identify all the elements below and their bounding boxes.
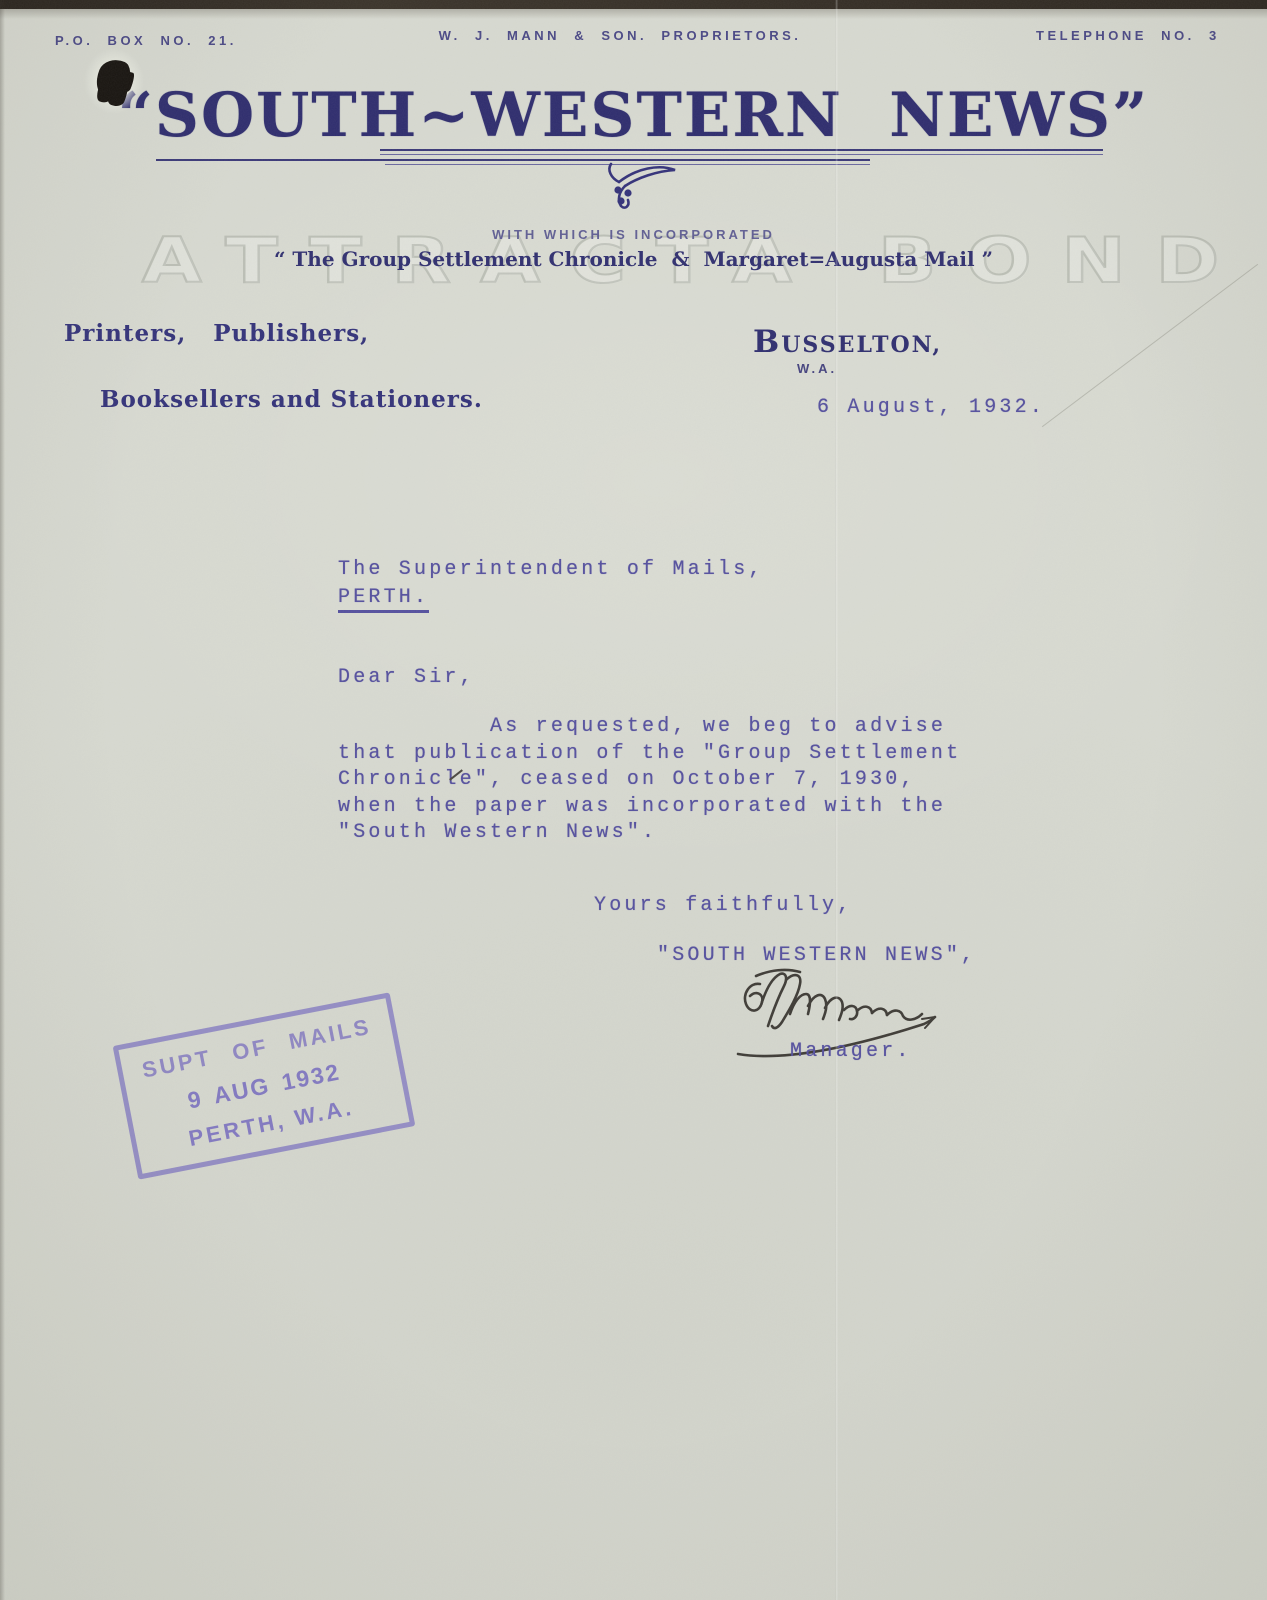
masthead-title: “SOUTH~WESTERN NEWS” [0,80,1267,151]
incorporated-title: “ The Group Settlement Chronicle & Marga… [0,247,1267,271]
telephone-label: TELEPHONE NO. 3 [1036,28,1220,43]
body-line: Chronicle", ceased on October 7, 1930, [338,767,961,794]
punch-hole-core [91,54,137,103]
postal-stamp: SUPT OF MAILS 9 AUG 1932 PERTH, W.A. [113,992,416,1179]
letter-body: As requested, we beg to advise that publ… [338,714,961,847]
masthead-rule [380,149,1103,151]
state-label: W.A. [797,361,837,376]
typed-date: 6 August, 1932. [817,396,1045,419]
scan-edge-top-fade [0,9,1267,19]
body-line: "South Western News". [338,820,961,847]
services-lines: Printers, Publishers, Booksellers and St… [64,317,483,416]
manager-label: Manager. [790,1040,912,1063]
ornament-flourish-icon [585,156,677,214]
incorporated-label: WITH WHICH IS INCORPORATED [0,227,1267,242]
recipient-line: The Superintendent of Mails, [338,558,764,581]
services-line-1: Printers, Publishers, [64,320,369,347]
closing-line: Yours faithfully, [594,894,852,917]
scan-edge-top [0,0,1267,9]
place-initial: B [753,324,781,360]
services-line-2: Booksellers and Stationers. [100,386,483,413]
body-line: As requested, we beg to advise [338,714,961,741]
letter-page: ATTRACTA BOND P.O. BOX NO. 21. W. J. MAN… [0,0,1267,1600]
masthead-rule [380,154,1103,155]
recipient-city: PERTH. [338,586,429,613]
place-name: BUSSELTON, [753,324,942,360]
place-rest: USSELTON, [781,332,942,358]
masthead-rule [156,159,870,161]
fold-crease-vertical [835,0,838,1600]
punch-hole [84,48,144,114]
body-line: that publication of the "Group Settlemen… [338,741,961,768]
salutation: Dear Sir, [338,666,475,689]
body-line: when the paper was incorporated with the [338,794,961,821]
